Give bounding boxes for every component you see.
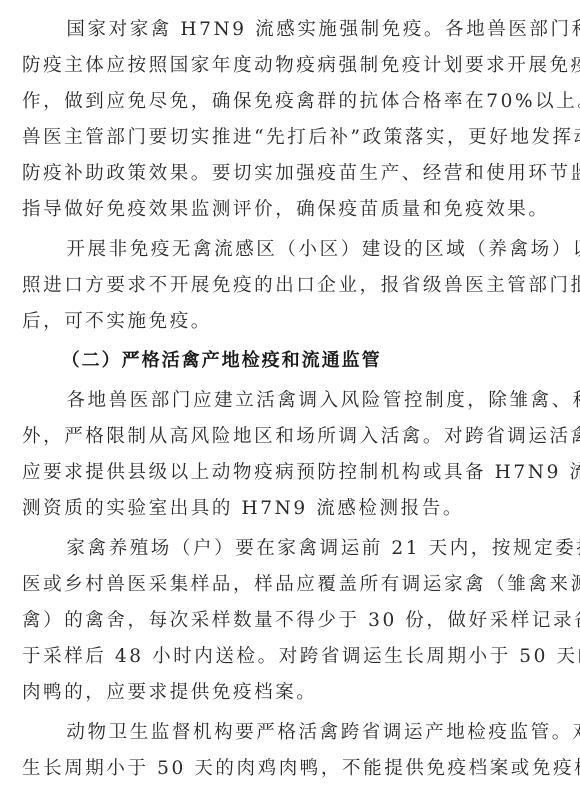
text-line: 开展非免疫无禽流感区（小区）建设的区域（养禽场）以及按 xyxy=(22,232,560,268)
text-line: 照进口方要求不开展免疫的出口企业，报省级兽医主管部门批准 xyxy=(22,268,560,304)
paragraph-risk-control: 各地兽医部门应建立活禽调入风险管控制度，除雏禽、种禽 外，严格限制从高风险地区和… xyxy=(22,383,560,527)
document-page: 国家对家禽 H7N9 流感实施强制免疫。各地兽医部门和动物 防疫主体应按照国家年… xyxy=(22,12,560,787)
text-line: 作，做到应免尽免，确保免疫禽群的抗体合格率在70%以上。各地 xyxy=(22,84,560,120)
text-line: 国家对家禽 H7N9 流感实施强制免疫。各地兽医部门和动物 xyxy=(22,12,560,48)
text-line: 外，严格限制从高风险地区和场所调入活禽。对跨省调运活禽的， xyxy=(22,419,560,455)
text-line: 于采样后 48 小时内送检。对跨省调运生长周期小于 50 天的肉鸡 xyxy=(22,639,560,675)
text-line: 禽）的禽舍，每次采样数量不得少于 30 份，做好采样记录备查，并 xyxy=(22,603,560,639)
text-line: 家禽养殖场（户）要在家禽调运前 21 天内，按规定委托执业兽 xyxy=(22,531,560,567)
text-line: 兽医主管部门要切实推进“先打后补”政策落实，更好地发挥动物 xyxy=(22,120,560,156)
text-line: 医或乡村兽医采集样品，样品应覆盖所有调运家禽（雏禽来源种 xyxy=(22,567,560,603)
paragraph-non-immunization-zones: 开展非免疫无禽流感区（小区）建设的区域（养禽场）以及按 照进口方要求不开展免疫的… xyxy=(22,232,560,340)
section-heading: （二）严格活禽产地检疫和流通监管 xyxy=(22,343,560,379)
text-line: 指导做好免疫效果监测评价，确保疫苗质量和免疫效果。 xyxy=(22,192,560,228)
text-line: 后，可不实施免疫。 xyxy=(22,304,560,340)
text-line: 生长周期小于 50 天的肉鸡肉鸭，不能提供免疫档案或免疫档案无 xyxy=(22,751,560,787)
paragraph-quarantine-supervision: 动物卫生监督机构要严格活禽跨省调运产地检疫监管。对于 生长周期小于 50 天的肉… xyxy=(22,715,560,787)
paragraph-sampling: 家禽养殖场（户）要在家禽调运前 21 天内，按规定委托执业兽 医或乡村兽医采集样… xyxy=(22,531,560,711)
text-line: 防疫主体应按照国家年度动物疫病强制免疫计划要求开展免疫工 xyxy=(22,48,560,84)
text-line: 肉鸭的，应要求提供免疫档案。 xyxy=(22,675,560,711)
text-line: 测资质的实验室出具的 H7N9 流感检测报告。 xyxy=(22,491,560,527)
text-line: 各地兽医部门应建立活禽调入风险管控制度，除雏禽、种禽 xyxy=(22,383,560,419)
text-line: 动物卫生监督机构要严格活禽跨省调运产地检疫监管。对于 xyxy=(22,715,560,751)
paragraph-mandatory-immunization: 国家对家禽 H7N9 流感实施强制免疫。各地兽医部门和动物 防疫主体应按照国家年… xyxy=(22,12,560,228)
text-line: 应要求提供县级以上动物疫病预防控制机构或具备 H7N9 流感检 xyxy=(22,455,560,491)
text-line: 防疫补助政策效果。要切实加强疫苗生产、经营和使用环节监管， xyxy=(22,156,560,192)
